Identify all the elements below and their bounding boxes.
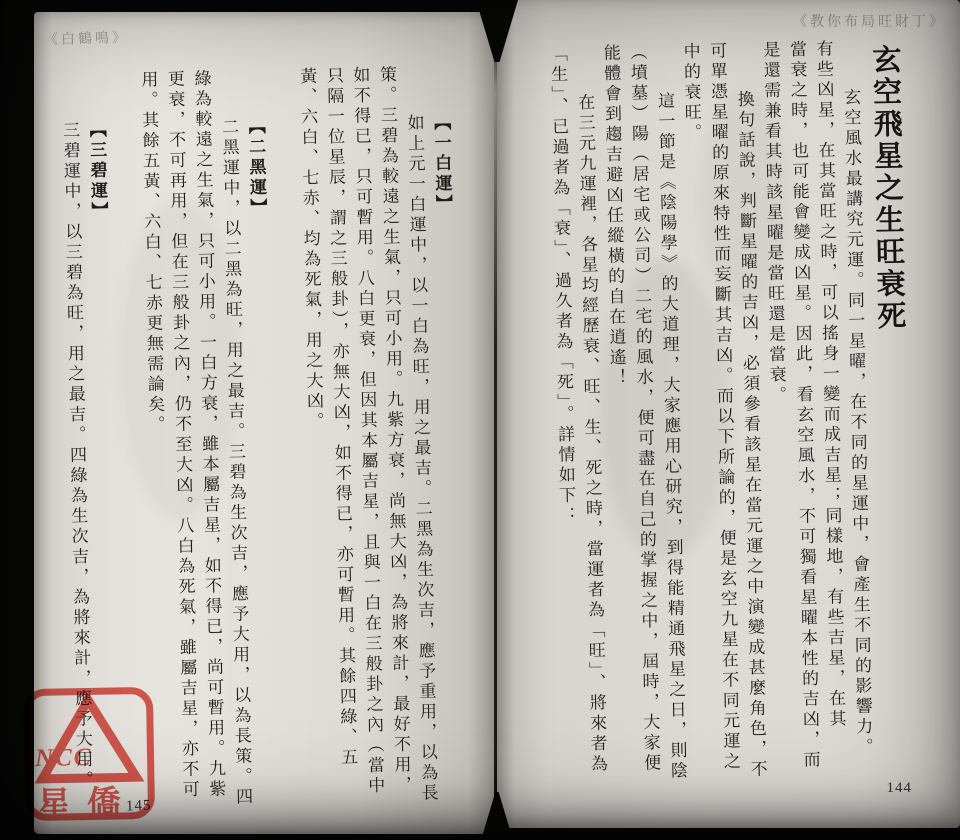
- watermark-ncc-text: NCC: [35, 744, 93, 773]
- page-number-right: 144: [887, 780, 913, 797]
- watermark-name-text: 星僑: [36, 775, 137, 826]
- watermark-stamp: NCC 星僑: [23, 687, 155, 821]
- running-head-author: 《白鶴鳴》: [44, 27, 129, 49]
- right-page-text-columns: 玄空飛星之生旺衰死 玄空風水最講究元運。同一星曜，在不同的星運中，會產生不同的影…: [512, 38, 920, 799]
- book-spine: [494, 30, 497, 818]
- open-book-photo: 《白鶴鳴》 【一白運】如上元一白運中，以一白為旺，用之最吉。二黑為生次吉，應予重…: [0, 0, 960, 840]
- running-head-book-title: 《教你布局旺財丁》: [793, 11, 946, 31]
- right-page: 《教你布局旺財丁》 玄空飛星之生旺衰死 玄空風水最講究元運。同一星曜，在不同的星…: [496, 0, 960, 828]
